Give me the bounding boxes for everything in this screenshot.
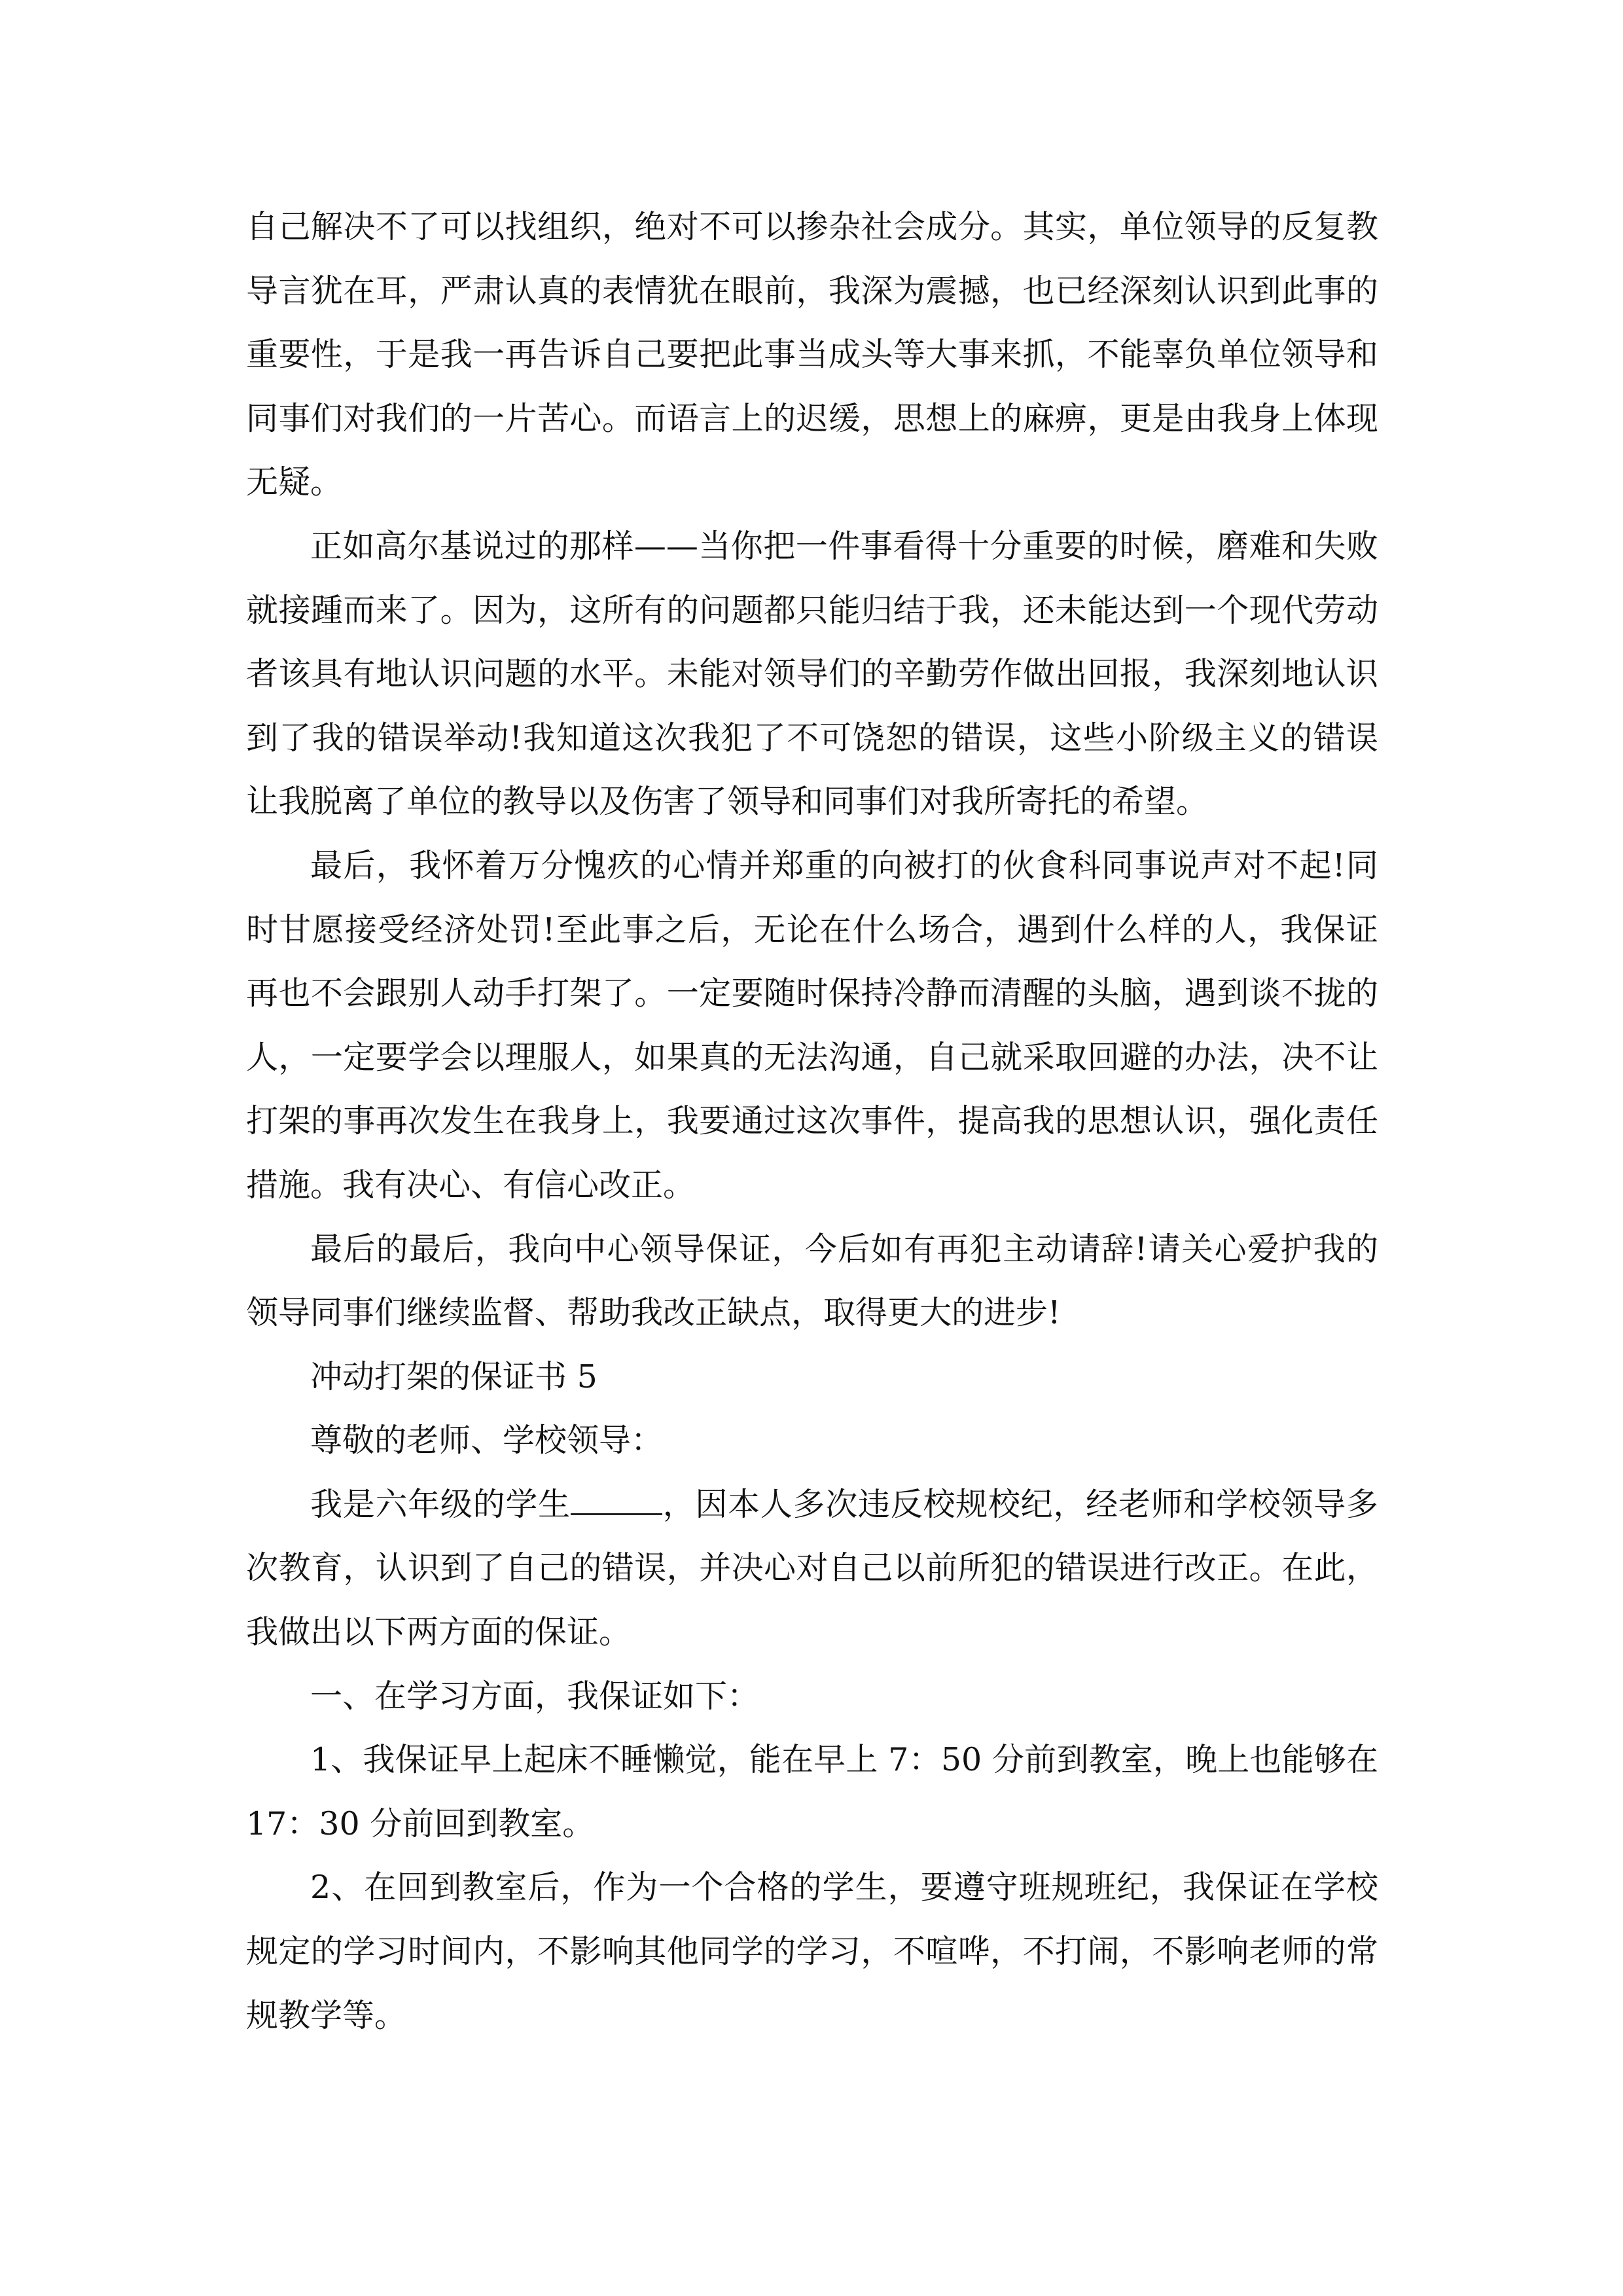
- salutation: 尊敬的老师、学校领导：: [246, 1408, 1378, 1473]
- pledge-item-2: 2、在回到教室后，作为一个合格的学生，要遵守班规班纪，我保证在学校规定的学习时间…: [246, 1856, 1378, 2047]
- paragraph-continuation: 自己解决不了可以找组织，绝对不可以掺杂社会成分。其实，单位领导的反复教导言犹在耳…: [246, 195, 1378, 514]
- paragraph-introduction: 我是六年级的学生，因本人多次违反校规校纪，经老师和学校领导多次教育，认识到了自己…: [246, 1473, 1378, 1664]
- heading-study-pledge: 一、在学习方面，我保证如下：: [246, 1664, 1378, 1729]
- student-name-blank: [571, 1487, 662, 1515]
- paragraph-apology: 最后，我怀着万分愧疚的心情并郑重的向被打的伙食科同事说声对不起!同时甘愿接受经济…: [246, 834, 1378, 1217]
- section-title: 冲动打架的保证书 5: [246, 1345, 1378, 1409]
- paragraph-gorky-quote: 正如高尔基说过的那样——当你把一件事看得十分重要的时候，磨难和失败就接踵而来了。…: [246, 514, 1378, 834]
- document-page: 自己解决不了可以找组织，绝对不可以掺杂社会成分。其实，单位领导的反复教导言犹在耳…: [246, 195, 1378, 2047]
- intro-text-before: 我是六年级的学生: [310, 1486, 571, 1523]
- pledge-item-1: 1、我保证早上起床不睡懒觉，能在早上 7：50 分前到教室，晚上也能够在 17：…: [246, 1728, 1378, 1856]
- paragraph-final-pledge: 最后的最后，我向中心领导保证，今后如有再犯主动请辞!请关心爱护我的领导同事们继续…: [246, 1217, 1378, 1345]
